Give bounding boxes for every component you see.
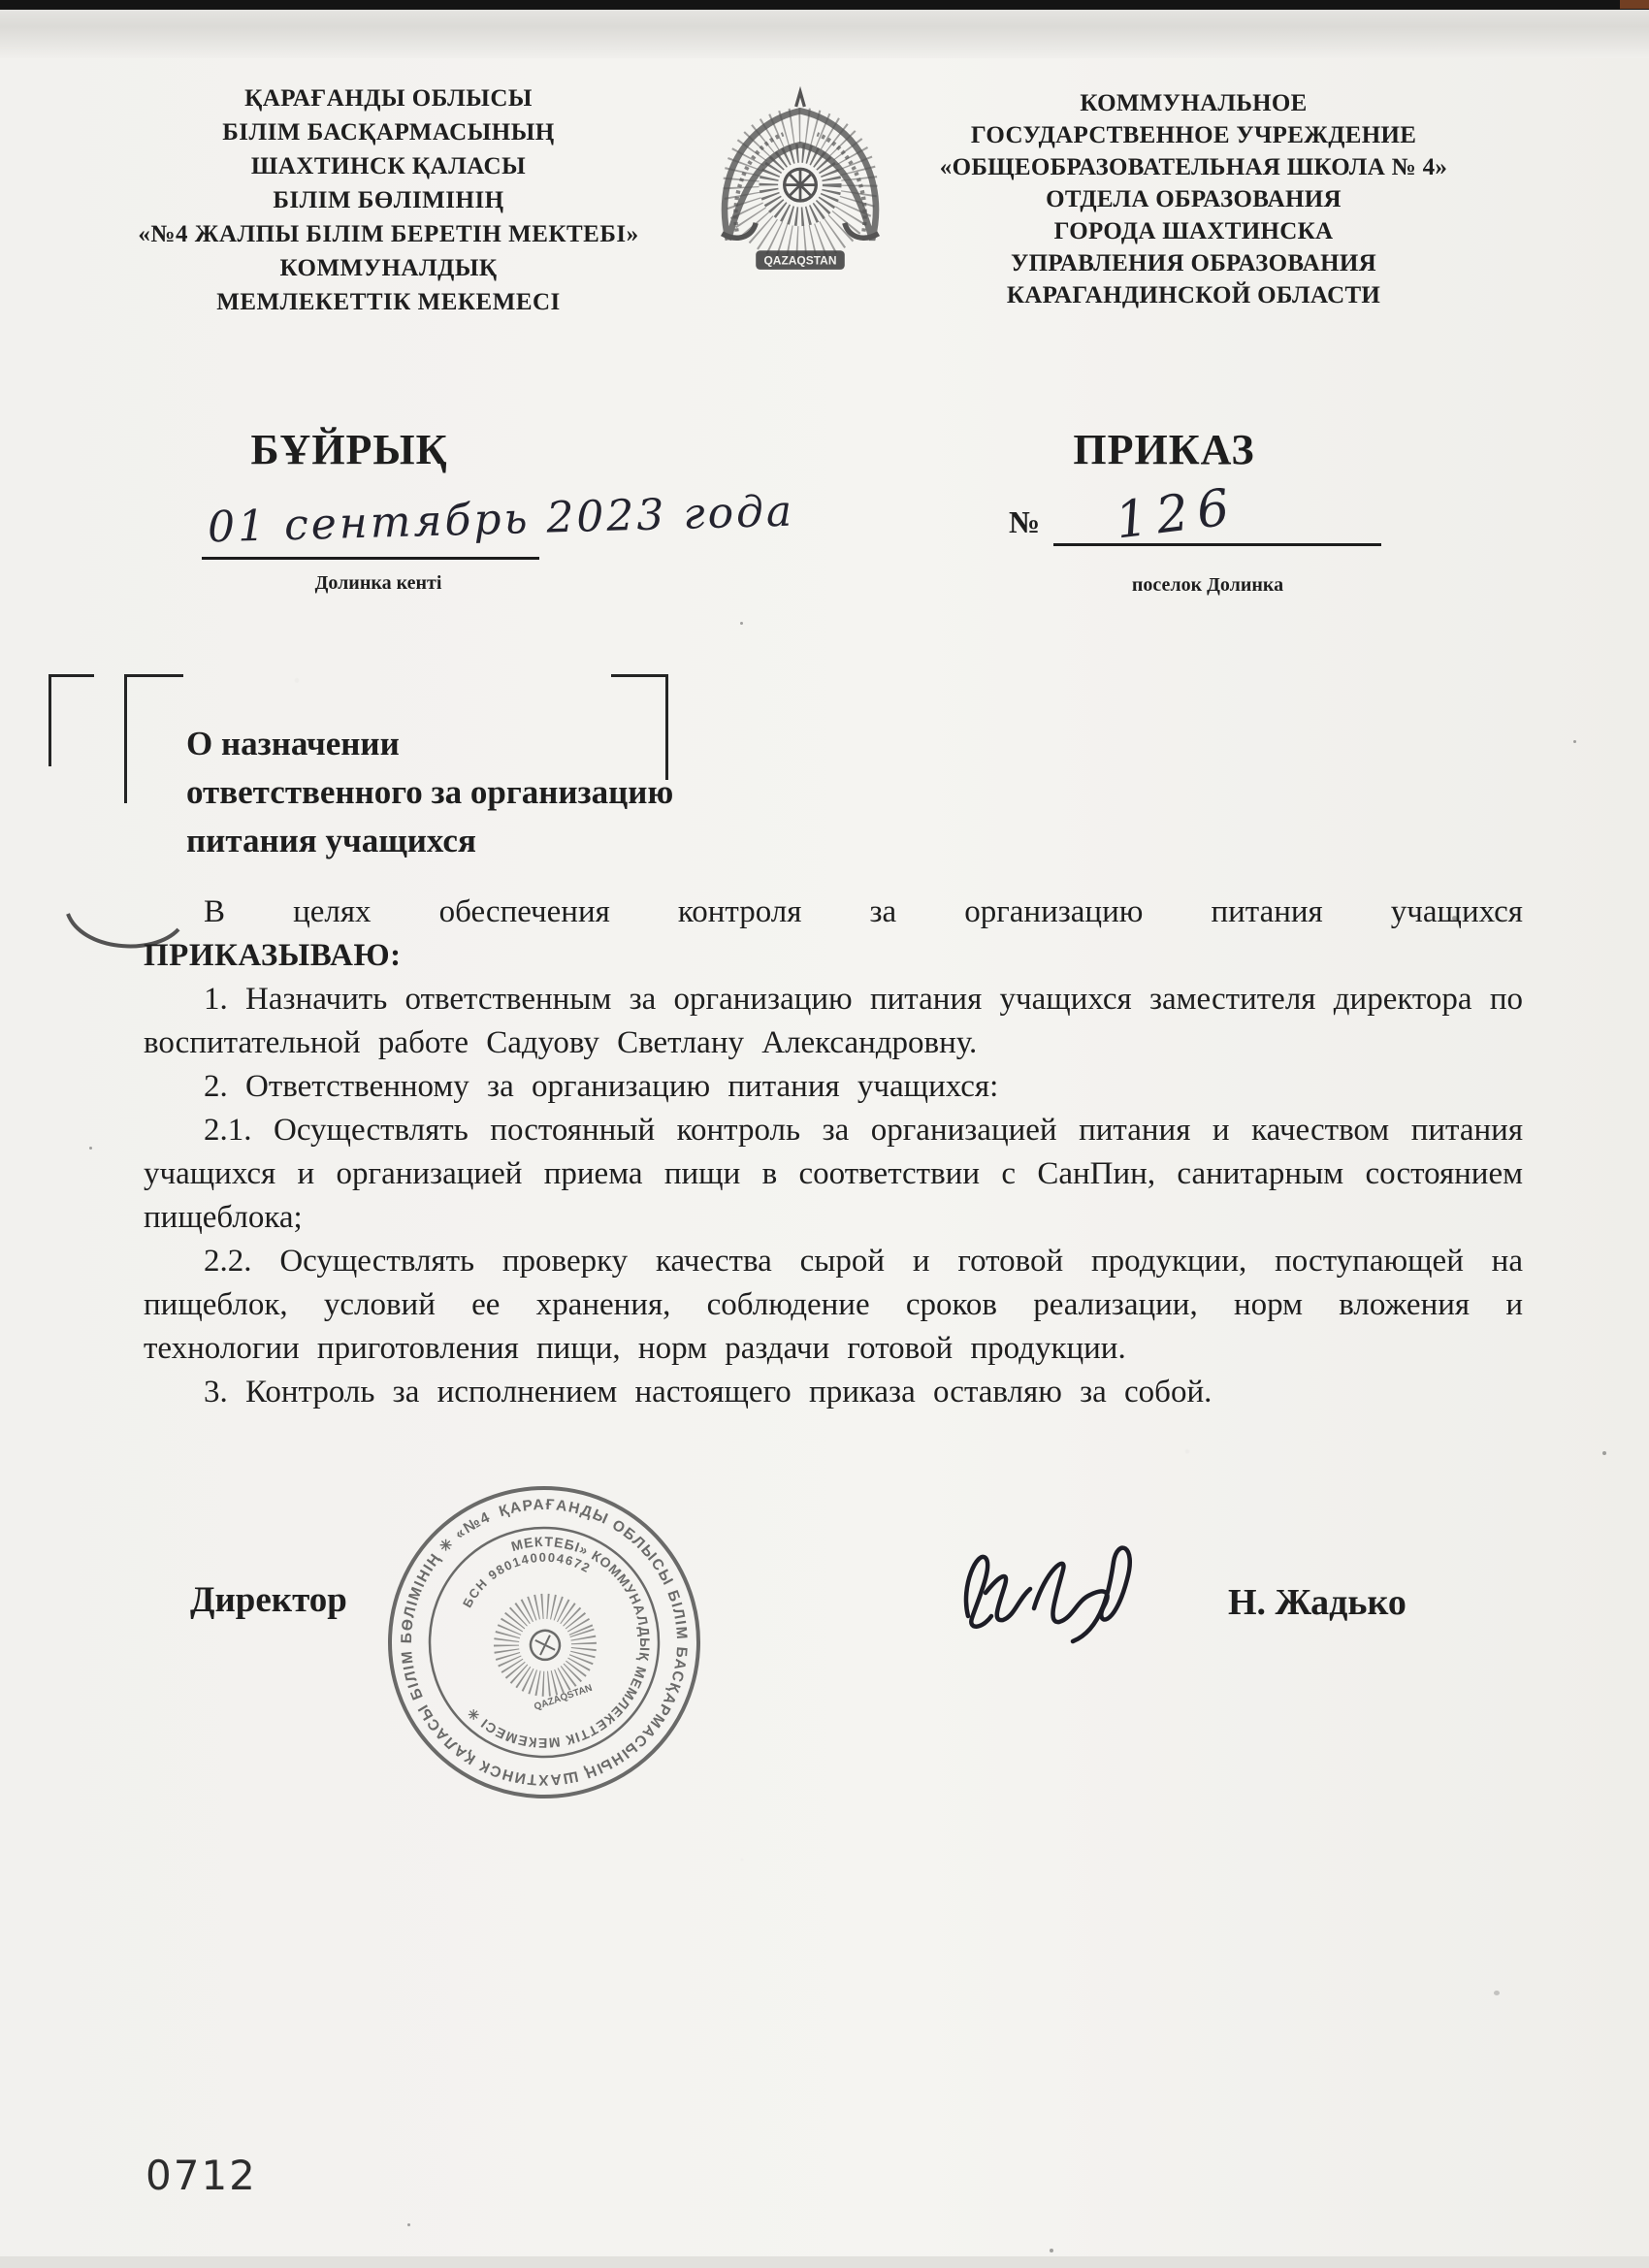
letterhead-line: ГОРОДА ШАХТИНСКА	[929, 215, 1458, 247]
body-paragraph: 1. Назначить ответственным за организаци…	[144, 978, 1523, 1065]
round-official-stamp: ҚАРАҒАНДЫ ОБЛЫСЫ БІЛІМ БАСҚАРМАСЫНЫҢ ШАХ…	[331, 1429, 758, 1856]
director-signature	[949, 1515, 1172, 1656]
order-subject: О назначенииответственного за организаци…	[186, 720, 807, 865]
page-number: 0712	[145, 2152, 257, 2199]
stamp-center-label: QAZAQSTAN	[533, 1683, 594, 1713]
letterhead-line: ОТДЕЛА ОБРАЗОВАНИЯ	[929, 183, 1458, 215]
decree-word: ПРИКАЗЫВАЮ:	[144, 934, 1523, 978]
kazakhstan-emblem: QAZAQSTAN	[695, 83, 906, 295]
scan-speck	[407, 2223, 410, 2226]
scan-shadow-band	[0, 10, 1649, 58]
signer-name: Н. Жадько	[1228, 1581, 1406, 1624]
letterhead-line: «ОБЩЕОБРАЗОВАТЕЛЬНАЯ ШКОЛА № 4»	[929, 151, 1458, 183]
subject-line: ответственного за организацию	[186, 768, 807, 817]
order-body: В целях обеспечения контроля за организа…	[144, 891, 1523, 1414]
scan-speck	[1494, 1991, 1500, 1995]
body-paragraph: 3. Контроль за исполнением настоящего пр…	[144, 1371, 1523, 1414]
letterhead-russian: КОММУНАЛЬНОЕГОСУДАРСТВЕННОЕ УЧРЕЖДЕНИЕ«О…	[929, 87, 1458, 311]
number-underline	[1053, 543, 1381, 546]
order-title-kazakh: БҰЙРЫҚ	[155, 425, 543, 474]
scan-speck	[740, 622, 743, 625]
scan-speck	[1602, 1451, 1606, 1455]
place-kazakh: Долинка кенті	[233, 572, 524, 595]
letterhead-line: КОММУНАЛЬНОЕ	[929, 87, 1458, 119]
letterhead-line: МЕМЛЕКЕТТІК МЕКЕМЕСІ	[114, 285, 663, 319]
signer-position-label: Директор	[190, 1579, 347, 1621]
letterhead-kazakh: ҚАРАҒАНДЫ ОБЛЫСЫБІЛІМ БАСҚАРМАСЫНЫҢШАХТИ…	[114, 81, 663, 319]
order-number-label: №	[1009, 504, 1040, 540]
letterhead-line: КАРАГАНДИНСКОЙ ОБЛАСТИ	[929, 279, 1458, 311]
body-paragraph: 2. Ответственному за организацию питания…	[144, 1065, 1523, 1109]
corner-mark-left-outer	[48, 674, 94, 766]
scan-speck	[89, 1147, 92, 1150]
handwritten-order-number: 126	[1113, 478, 1242, 551]
scan-speck	[1573, 740, 1576, 743]
letterhead-line: ҚАРАҒАНДЫ ОБЛЫСЫ	[114, 81, 663, 115]
subject-line: питания учащихся	[186, 817, 807, 865]
scanned-order-document: ҚАРАҒАНДЫ ОБЛЫСЫБІЛІМ БАСҚАРМАСЫНЫҢШАХТИ…	[0, 0, 1649, 2268]
scan-bottom-strip	[0, 2256, 1649, 2268]
subject-line: О назначении	[186, 720, 807, 768]
scan-speck	[1050, 2249, 1053, 2252]
letterhead-line: ШАХТИНСК ҚАЛАСЫ	[114, 149, 663, 183]
handwritten-date: 01 сентябрь 2023 года	[207, 491, 654, 553]
letterhead-line: КОММУНАЛДЫҚ	[114, 251, 663, 285]
date-underline	[202, 557, 539, 560]
body-intro: В целях обеспечения контроля за организа…	[144, 891, 1523, 934]
letterhead-line: БІЛІМ БАСҚАРМАСЫНЫҢ	[114, 115, 663, 149]
scan-edge-strip	[0, 0, 1649, 10]
emblem-banner-label: QAZAQSTAN	[763, 253, 836, 267]
body-paragraph: 2.1. Осуществлять постоянный контроль за…	[144, 1109, 1523, 1240]
letterhead-line: УПРАВЛЕНИЯ ОБРАЗОВАНИЯ	[929, 247, 1458, 279]
place-russian: поселок Долинка	[1062, 574, 1353, 597]
order-title-russian: ПРИКАЗ	[970, 425, 1358, 474]
scan-edge-artifact	[1620, 0, 1649, 9]
letterhead-line: ГОСУДАРСТВЕННОЕ УЧРЕЖДЕНИЕ	[929, 119, 1458, 151]
letterhead-line: «№4 ЖАЛПЫ БІЛІМ БЕРЕТІН МЕКТЕБІ»	[114, 217, 663, 251]
body-paragraph: 2.2. Осуществлять проверку качества сыро…	[144, 1240, 1523, 1371]
corner-mark-left-inner	[124, 674, 183, 803]
letterhead-line: БІЛІМ БӨЛІМІНІҢ	[114, 183, 663, 217]
